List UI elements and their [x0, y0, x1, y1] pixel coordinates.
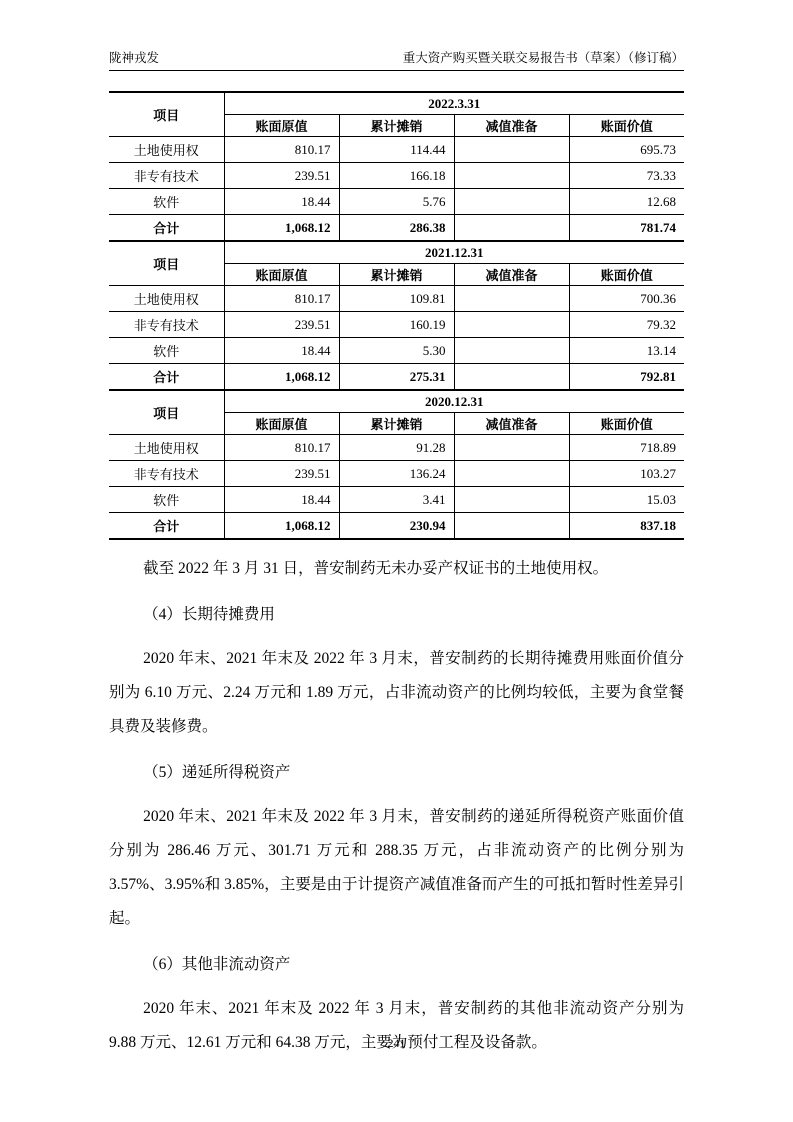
column-header-accumulated-amortization: 累计摊销 — [339, 115, 454, 137]
intangible-assets-table-2020-12-31: 项目 2020.12.31 账面原值 累计摊销 减值准备 账面价值 土地使用权 … — [109, 389, 684, 540]
page-number: 241 — [388, 1036, 406, 1050]
paragraph-deferred-tax-assets: 2020 年末、2021 年末及 2022 年 3 月末，普安制药的递延所得税资… — [109, 800, 684, 936]
row-label: 合计 — [109, 513, 224, 540]
table-cell: 18.44 — [224, 338, 339, 364]
table-cell: 810.17 — [224, 435, 339, 461]
row-label: 非专有技术 — [109, 461, 224, 487]
table-header-row: 项目 2021.12.31 — [109, 241, 684, 264]
date-header: 2021.12.31 — [224, 241, 684, 264]
intangible-assets-table-2021-12-31: 项目 2021.12.31 账面原值 累计摊销 减值准备 账面价值 土地使用权 … — [109, 240, 684, 389]
table-cell: 700.36 — [569, 286, 684, 312]
note-land-use-rights: 截至 2022 年 3 月 31 日，普安制药无未办妥产权证书的土地使用权。 — [109, 552, 684, 586]
table-cell: 1,068.12 — [224, 513, 339, 540]
page-content: 项目 2022.3.31 账面原值 累计摊销 减值准备 账面价值 土地使用权 8… — [109, 91, 684, 1060]
table-cell: 695.73 — [569, 137, 684, 163]
table-row: 土地使用权 810.17 91.28 718.89 — [109, 435, 684, 461]
column-header-original-value: 账面原值 — [224, 413, 339, 435]
table-cell: 275.31 — [339, 364, 454, 390]
table-cell: 18.44 — [224, 189, 339, 215]
table-cell: 166.18 — [339, 163, 454, 189]
row-label: 土地使用权 — [109, 137, 224, 163]
table-cell: 230.94 — [339, 513, 454, 540]
table-cell: 810.17 — [224, 137, 339, 163]
column-header-impairment-provision: 减值准备 — [454, 264, 569, 286]
column-header-impairment-provision: 减值准备 — [454, 115, 569, 137]
row-label: 非专有技术 — [109, 312, 224, 338]
table-cell — [454, 461, 569, 487]
column-header-accumulated-amortization: 累计摊销 — [339, 264, 454, 286]
table-cell: 239.51 — [224, 163, 339, 189]
table-cell: 114.44 — [339, 137, 454, 163]
table-cell: 18.44 — [224, 487, 339, 513]
row-label: 土地使用权 — [109, 286, 224, 312]
row-label: 土地使用权 — [109, 435, 224, 461]
table-cell: 73.33 — [569, 163, 684, 189]
row-label: 软件 — [109, 189, 224, 215]
table-cell — [454, 435, 569, 461]
intangible-assets-table-2022-03-31: 项目 2022.3.31 账面原值 累计摊销 减值准备 账面价值 土地使用权 8… — [109, 91, 684, 240]
table-cell: 286.38 — [339, 215, 454, 241]
table-cell: 239.51 — [224, 461, 339, 487]
table-cell — [454, 286, 569, 312]
column-header-accumulated-amortization: 累计摊销 — [339, 413, 454, 435]
table-cell: 3.41 — [339, 487, 454, 513]
column-header-original-value: 账面原值 — [224, 264, 339, 286]
section-heading-4-long-term-deferred-expenses: （4）长期待摊费用 — [109, 598, 684, 632]
column-header-book-value: 账面价值 — [569, 413, 684, 435]
table-cell — [454, 215, 569, 241]
row-label: 软件 — [109, 487, 224, 513]
table-cell: 718.89 — [569, 435, 684, 461]
table-cell — [454, 312, 569, 338]
table-row: 非专有技术 239.51 160.19 79.32 — [109, 312, 684, 338]
table-cell — [454, 137, 569, 163]
column-header-impairment-provision: 减值准备 — [454, 413, 569, 435]
table-cell — [454, 364, 569, 390]
table-cell: 5.76 — [339, 189, 454, 215]
table-cell: 239.51 — [224, 312, 339, 338]
column-header-original-value: 账面原值 — [224, 115, 339, 137]
page-footer: 241 — [0, 1036, 793, 1051]
table-cell: 5.30 — [339, 338, 454, 364]
table-cell — [454, 338, 569, 364]
date-header: 2022.3.31 — [224, 92, 684, 115]
column-header-item: 项目 — [109, 241, 224, 286]
column-header-book-value: 账面价值 — [569, 264, 684, 286]
row-label: 非专有技术 — [109, 163, 224, 189]
date-header: 2020.12.31 — [224, 390, 684, 413]
table-cell: 837.18 — [569, 513, 684, 540]
column-header-item: 项目 — [109, 390, 224, 435]
paragraph-long-term-deferred-expenses: 2020 年末、2021 年末及 2022 年 3 月末，普安制药的长期待摊费用… — [109, 642, 684, 744]
section-heading-5-deferred-tax-assets: （5）递延所得税资产 — [109, 756, 684, 790]
table-cell: 1,068.12 — [224, 215, 339, 241]
table-cell — [454, 487, 569, 513]
table-cell: 13.14 — [569, 338, 684, 364]
document-page: 陇神戎发 重大资产购买暨关联交易报告书（草案）（修订稿） 项目 2022.3.3… — [0, 0, 793, 1122]
table-row: 软件 18.44 5.76 12.68 — [109, 189, 684, 215]
table-cell: 91.28 — [339, 435, 454, 461]
table-cell — [454, 189, 569, 215]
table-cell — [454, 513, 569, 540]
table-total-row: 合计 1,068.12 230.94 837.18 — [109, 513, 684, 540]
table-cell: 12.68 — [569, 189, 684, 215]
table-cell: 792.81 — [569, 364, 684, 390]
table-header-row: 项目 2020.12.31 — [109, 390, 684, 413]
row-label: 软件 — [109, 338, 224, 364]
row-label: 合计 — [109, 215, 224, 241]
row-label: 合计 — [109, 364, 224, 390]
table-cell: 103.27 — [569, 461, 684, 487]
table-cell: 136.24 — [339, 461, 454, 487]
table-cell: 160.19 — [339, 312, 454, 338]
table-cell: 79.32 — [569, 312, 684, 338]
section-heading-6-other-non-current-assets: （6）其他非流动资产 — [109, 948, 684, 982]
table-cell — [454, 163, 569, 189]
table-cell: 781.74 — [569, 215, 684, 241]
table-header-row: 项目 2022.3.31 — [109, 92, 684, 115]
header-report-title: 重大资产购买暨关联交易报告书（草案）（修订稿） — [403, 50, 684, 66]
table-cell: 810.17 — [224, 286, 339, 312]
page-header: 陇神戎发 重大资产购买暨关联交易报告书（草案）（修订稿） — [109, 0, 684, 71]
table-row: 非专有技术 239.51 166.18 73.33 — [109, 163, 684, 189]
table-row: 土地使用权 810.17 109.81 700.36 — [109, 286, 684, 312]
table-row: 非专有技术 239.51 136.24 103.27 — [109, 461, 684, 487]
column-header-item: 项目 — [109, 92, 224, 137]
table-cell: 15.03 — [569, 487, 684, 513]
table-cell: 109.81 — [339, 286, 454, 312]
table-cell: 1,068.12 — [224, 364, 339, 390]
table-row: 软件 18.44 5.30 13.14 — [109, 338, 684, 364]
table-total-row: 合计 1,068.12 275.31 792.81 — [109, 364, 684, 390]
table-row: 软件 18.44 3.41 15.03 — [109, 487, 684, 513]
table-row: 土地使用权 810.17 114.44 695.73 — [109, 137, 684, 163]
header-company-name: 陇神戎发 — [109, 50, 159, 66]
body-text: 截至 2022 年 3 月 31 日，普安制药无未办妥产权证书的土地使用权。 （… — [109, 552, 684, 1060]
table-total-row: 合计 1,068.12 286.38 781.74 — [109, 215, 684, 241]
column-header-book-value: 账面价值 — [569, 115, 684, 137]
